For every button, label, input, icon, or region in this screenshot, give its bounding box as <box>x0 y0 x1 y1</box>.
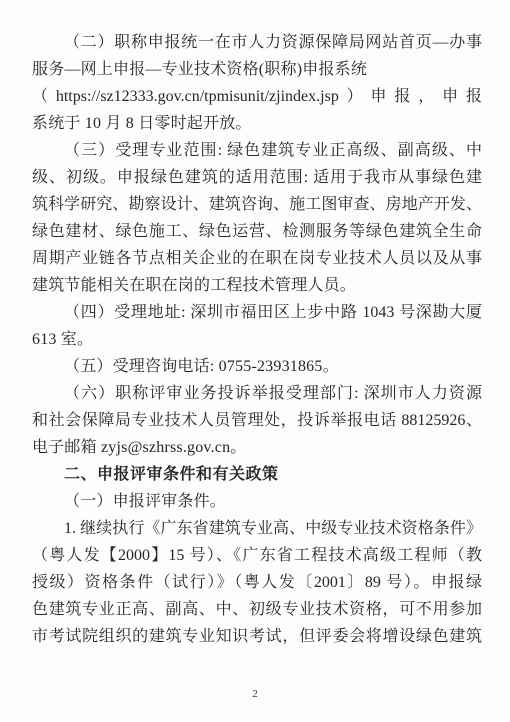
doc-line: 服务—网上申报—专业技术资格(职称)申报系统 <box>32 56 482 83</box>
doc-line-email: 电子邮箱 zyjs@szhrss.gov.cn。 <box>32 434 482 461</box>
doc-line: （六）职称评审业务投诉举报受理部门: 深圳市人力资源 <box>32 380 482 407</box>
doc-line: 授级）资格条件（试行）》（粤人发〔2001〕89 号）。申报绿 <box>32 569 482 596</box>
doc-line: 1. 继续执行《广东省建筑专业高、中级专业技术资格条件》 <box>32 515 482 542</box>
doc-line: （一）申报评审条件。 <box>32 488 482 515</box>
doc-line: 色建筑专业正高、副高、中、初级专业技术资格，可不用参加 <box>32 596 482 623</box>
doc-line: 建筑节能相关在职在岗的工程技术管理人员。 <box>32 272 482 299</box>
doc-line: 和社会保障局专业技术人员管理处，投诉举报电话 88125926、 <box>32 407 482 434</box>
doc-line: 613 室。 <box>32 326 482 353</box>
doc-line: （二）职称申报统一在市人力资源保障局网站首页—办事 <box>32 29 482 56</box>
doc-line: 级、初级。申报绿色建筑的适用范围: 适用于我市从事绿色建 <box>32 164 482 191</box>
doc-line-phone: （五）受理咨询电话: 0755-23931865。 <box>32 353 482 380</box>
doc-line-url: （https://sz12333.gov.cn/tpmisunit/zjinde… <box>32 83 482 110</box>
doc-line: （四）受理地址: 深圳市福田区上步中路 1043 号深勘大厦 <box>32 299 482 326</box>
page-number: 2 <box>0 688 510 700</box>
doc-line: （粤人发【2000】15 号）、《广东省工程技术高级工程师（教 <box>32 542 482 569</box>
doc-line: 筑科学研究、勘察设计、建筑咨询、施工图审查、房地产开发、 <box>32 191 482 218</box>
doc-line: 市考试院组织的建筑专业知识考试，但评委会将增设绿色建筑 <box>32 623 482 650</box>
document-page: （二）职称申报统一在市人力资源保障局网站首页—办事 服务—网上申报—专业技术资格… <box>0 0 510 722</box>
section-heading: 二、申报评审条件和有关政策 <box>32 461 482 488</box>
doc-line: 周期产业链各节点相关企业的在职在岗专业技术人员以及从事 <box>32 245 482 272</box>
doc-line: 系统于 10 月 8 日零时起开放。 <box>32 110 482 137</box>
document-body: （二）职称申报统一在市人力资源保障局网站首页—办事 服务—网上申报—专业技术资格… <box>32 29 482 650</box>
doc-line: （三）受理专业范围: 绿色建筑专业正高级、副高级、中 <box>32 137 482 164</box>
doc-line: 绿色建材、绿色施工、绿色运营、检测服务等绿色建筑全生命 <box>32 218 482 245</box>
